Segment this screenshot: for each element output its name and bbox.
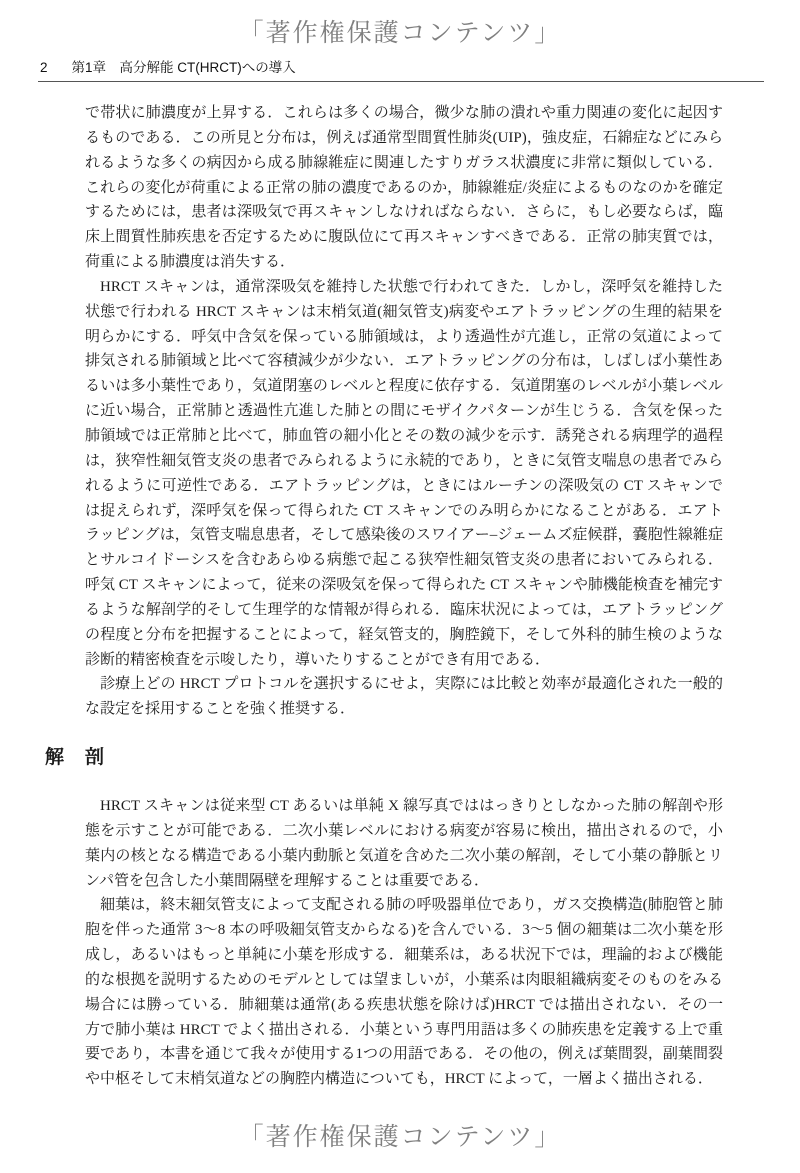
- paragraph-secondary-lobule: HRCT スキャンは従来型 CT あるいは単純 X 線写真でははっきりとしなかっ…: [85, 794, 723, 893]
- paragraph-expiratory-hrct: HRCT スキャンは，通常深吸気を維持した状態で行われてきた．しかし，深呼気を維…: [85, 275, 723, 673]
- running-head-title: 第1章 高分解能 CT(HRCT)への導入: [72, 60, 296, 75]
- intro-text-block: で帯状に肺濃度が上昇する．これらは多くの場合，微少な肺の潰れや重力関連の変化に起…: [85, 101, 723, 722]
- anatomy-text-block: HRCT スキャンは従来型 CT あるいは単純 X 線写真でははっきりとしなかっ…: [85, 794, 723, 1092]
- header-rule: [38, 81, 764, 82]
- section-heading-anatomy: 解 剖: [45, 742, 105, 769]
- copyright-watermark-bottom: 「著作権保護コンテンツ」: [0, 1117, 800, 1153]
- running-header: 2第1章 高分解能 CT(HRCT)への導入: [40, 56, 762, 76]
- paragraph-acinus: 細葉は，終末細気管支によって支配される肺の呼吸器単位であり，ガス交換構造(肺胞管…: [85, 893, 723, 1092]
- book-page: 「著作権保護コンテンツ」 2第1章 高分解能 CT(HRCT)への導入 で帯状に…: [0, 0, 800, 1173]
- copyright-watermark-top: 「著作権保護コンテンツ」: [0, 13, 800, 49]
- page-number: 2: [40, 60, 48, 75]
- paragraph-protocol-recommendation: 診療上どの HRCT プロトコルを選択するにせよ，実際には比較と効率が最適化され…: [85, 672, 723, 722]
- paragraph-continuation: で帯状に肺濃度が上昇する．これらは多くの場合，微少な肺の潰れや重力関連の変化に起…: [85, 101, 723, 275]
